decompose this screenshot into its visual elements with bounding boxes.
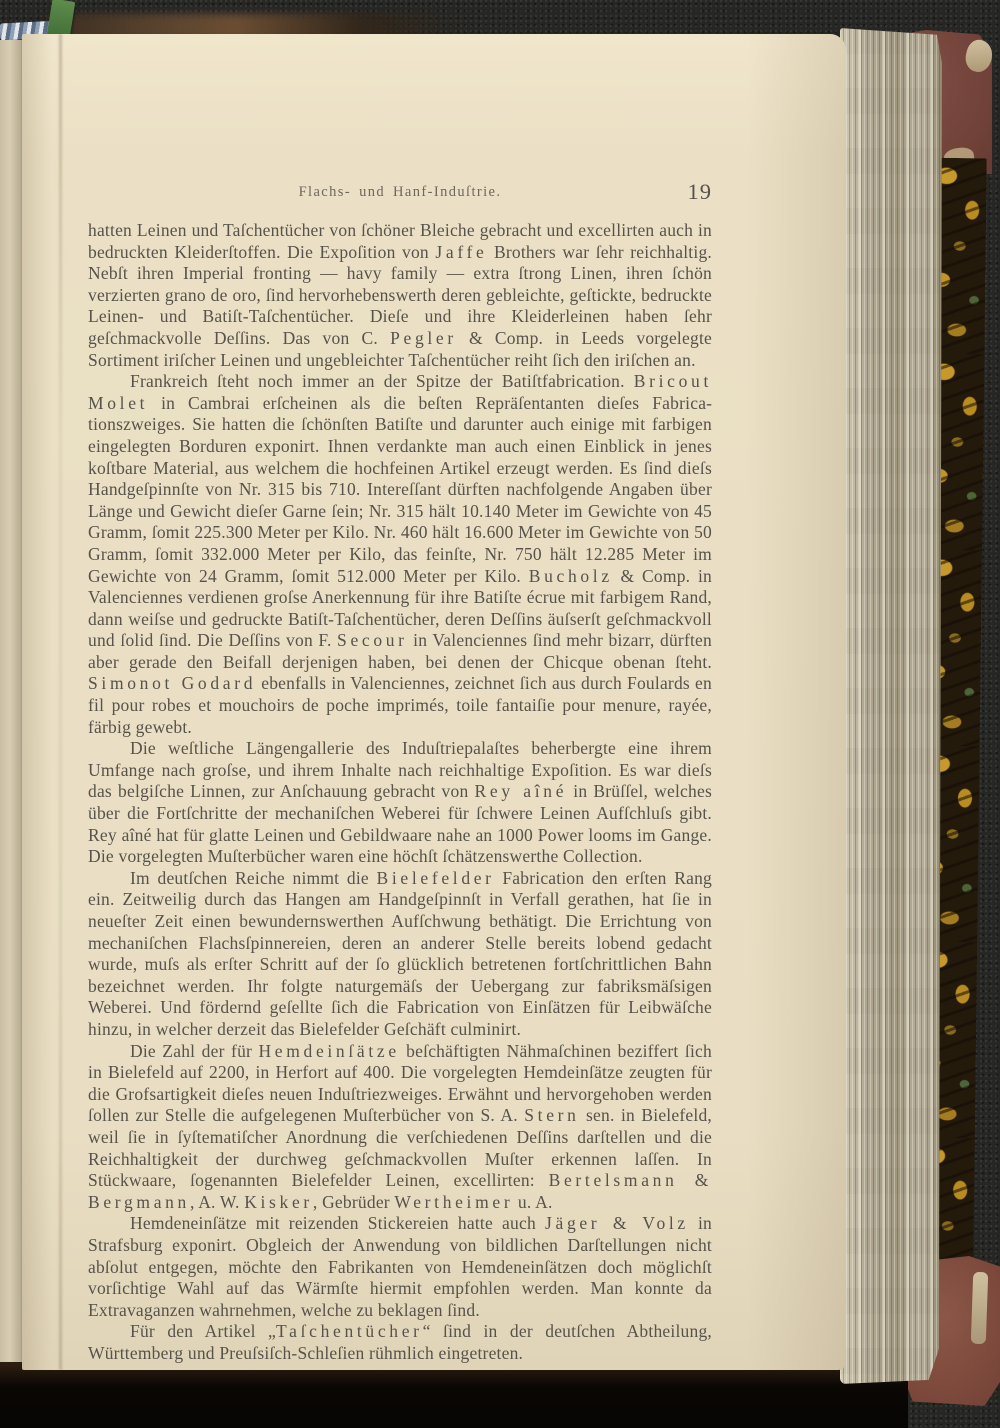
paragraph: Frankreich ſteht noch immer an der Spitz…: [88, 371, 712, 738]
paragraph: Die Zahl der für Hemdeinſätze beſchäftig…: [88, 1041, 712, 1214]
text-run: , A. W.: [190, 1192, 244, 1212]
facing-page-sliver: [0, 40, 24, 1362]
page-number: 19: [688, 179, 713, 205]
letterspaced-name: Taſchentücher: [276, 1321, 423, 1341]
text-run: Fabrication den erſten Rang ein. Zeitwei…: [88, 868, 712, 1039]
letterspaced-name: Bielefelder: [377, 868, 495, 888]
page-header: Flachs- und Hanf-Induſtrie. 19: [88, 184, 712, 212]
book-page: Flachs- und Hanf-Induſtrie. 19 hatten Le…: [22, 34, 846, 1370]
text-run: Die Zahl der für: [130, 1041, 258, 1061]
letterspaced-name: Stern: [524, 1105, 579, 1125]
paragraph: Hemdeneinſätze mit reizenden Stickereien…: [88, 1213, 712, 1321]
fore-edge-page-block: [840, 28, 942, 1384]
text-run: , Gebrüder: [313, 1192, 395, 1212]
paragraph: hatten Leinen und Taſchentücher von ſchö…: [88, 220, 712, 371]
letterspaced-name: Wertheimer: [394, 1192, 513, 1212]
letterspaced-name: Hemdeinſätze: [258, 1041, 399, 1061]
letterspaced-name: Kisker: [244, 1192, 313, 1212]
paragraph: Im deutſchen Reiche nimmt die Bielefelde…: [88, 868, 712, 1041]
paragraph: Für den Artikel „Taſchentücher“ ſind in …: [88, 1321, 712, 1364]
letterspaced-name: Simonot Godard: [88, 673, 256, 693]
text-run: in Cambrai erſcheinen als die beſten Rep…: [88, 393, 712, 586]
paragraph: Die weſtliche Längengallerie des Induſtr…: [88, 738, 712, 868]
letterspaced-name: Secour: [337, 630, 408, 650]
letterspaced-name: Pegler: [390, 328, 457, 348]
text-run: Für den Artikel „: [130, 1321, 276, 1341]
text-run: u. A.: [513, 1192, 552, 1212]
text-run: Frankreich ſteht noch immer an der Spitz…: [130, 371, 634, 391]
page-text: hatten Leinen und Taſchentücher von ſchö…: [88, 220, 712, 1364]
page-edge-sliver-bottom: [971, 1272, 989, 1344]
running-title: Flachs- und Hanf-Induſtrie.: [88, 184, 712, 201]
book-photo-scene: Flachs- und Hanf-Induſtrie. 19 hatten Le…: [0, 0, 1000, 1428]
letterspaced-name: Rey aîné: [475, 781, 568, 801]
text-run: Hemdeneinſätze mit reizenden Stickereien…: [130, 1213, 545, 1233]
letterspaced-name: Jäger & Volz: [545, 1213, 689, 1233]
letterspaced-name: Bucholz: [529, 566, 613, 586]
letterspaced-name: Jaffe: [435, 242, 487, 262]
text-run: Im deutſchen Reiche nimmt die: [130, 868, 377, 888]
